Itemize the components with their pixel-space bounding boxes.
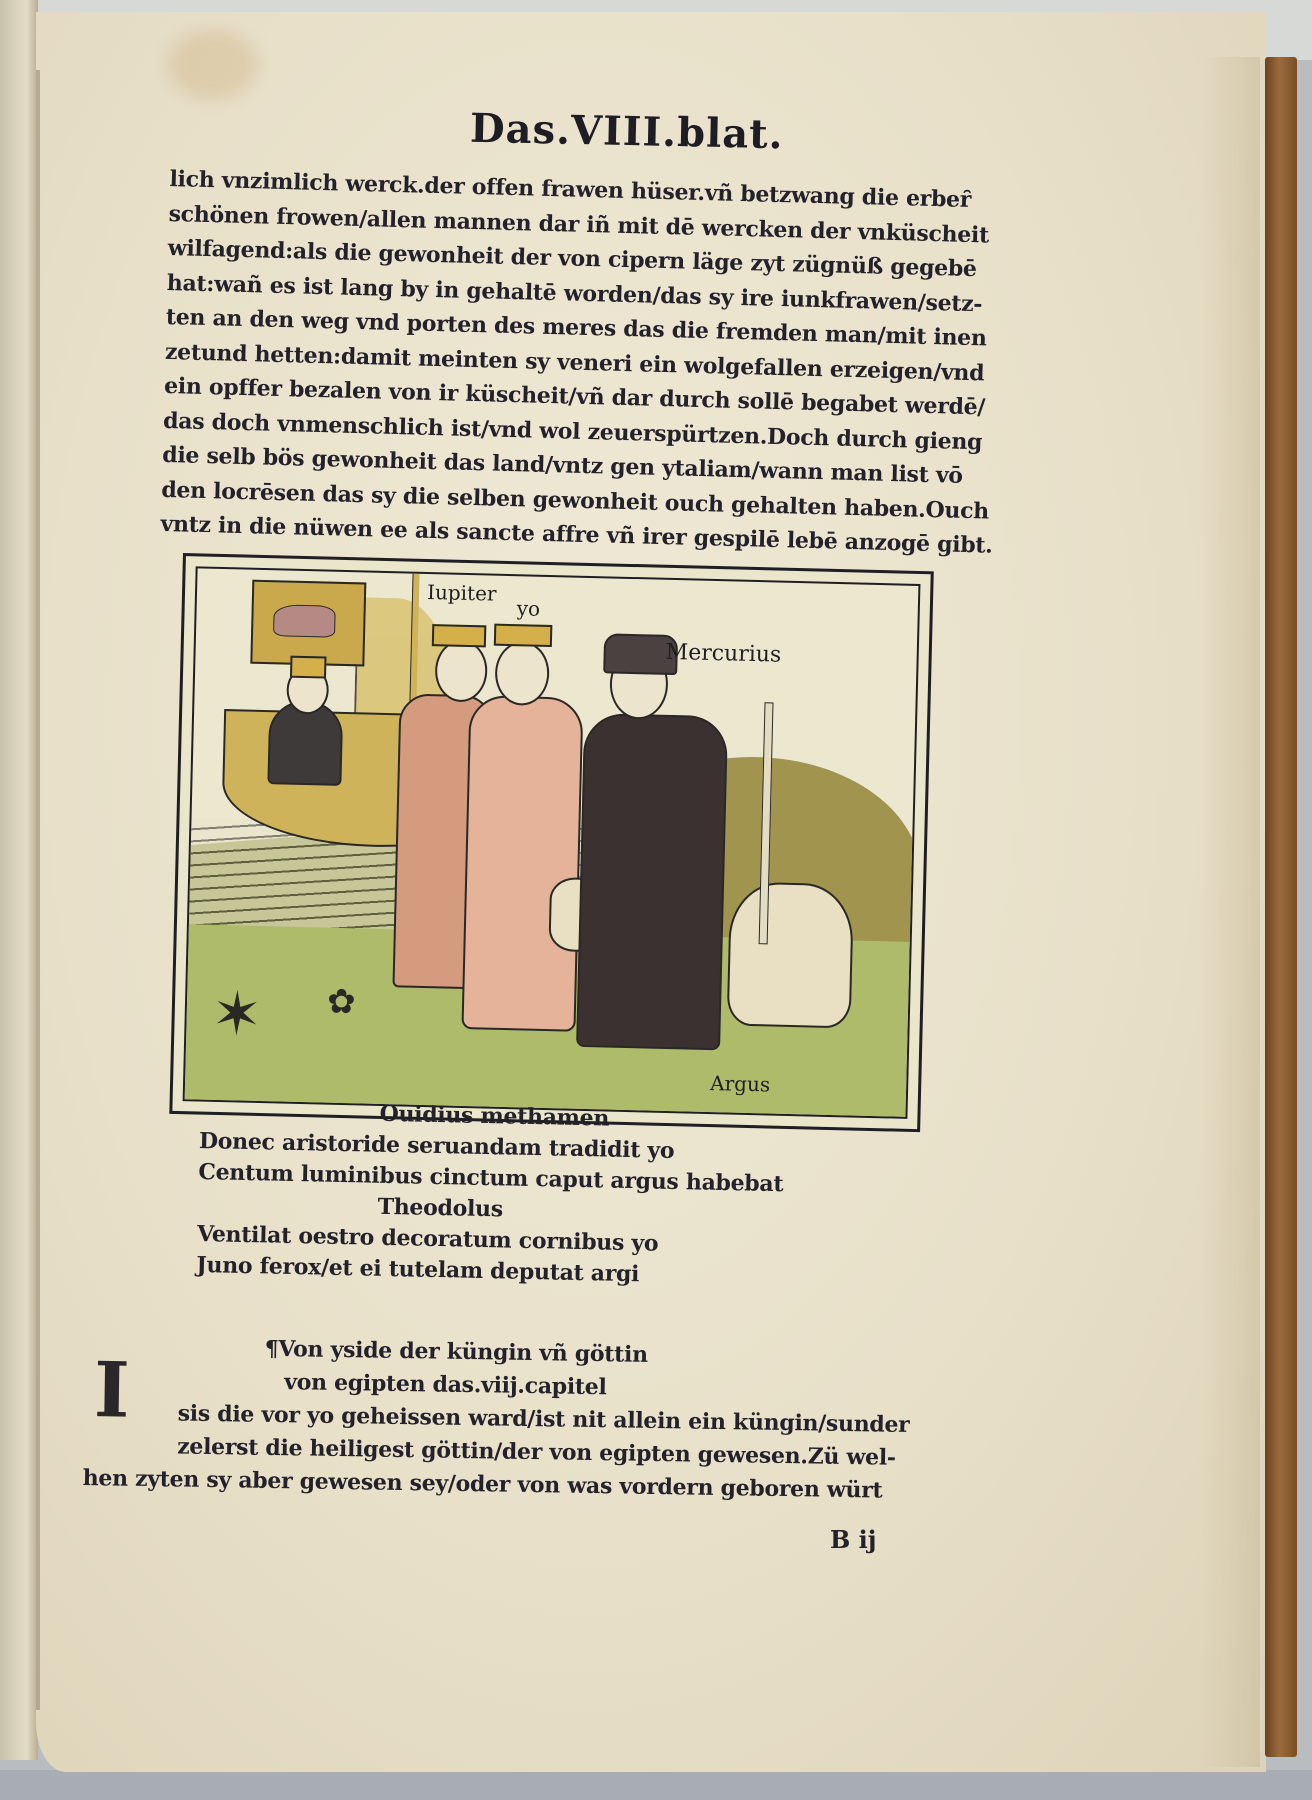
flower-icon: ✶: [211, 979, 263, 1050]
argus-figure: [727, 881, 854, 1028]
crown-icon: [290, 656, 327, 679]
left-page-edge: [0, 0, 38, 1760]
io-figure: [461, 695, 583, 1032]
label-jupiter: Iupiter: [427, 580, 497, 606]
crown-icon: [432, 624, 487, 647]
bull-icon: [273, 604, 336, 638]
woodcut-illustration: ✶ ✿ Iupiter yo Mercurius Argus: [169, 553, 933, 1132]
paper-stain: [168, 30, 258, 100]
label-mercurius: Mercurius: [665, 640, 781, 668]
main-text-block: lich vnzimlich werck.der offen frawen hü…: [160, 162, 1020, 564]
verse-block: Ouidius methamen Donec aristoride seruan…: [196, 1095, 960, 1297]
bull-banner: [250, 580, 366, 667]
signature-mark: B ij: [830, 1525, 876, 1554]
page-fore-edge: [1200, 57, 1260, 1767]
chapter-block: ¶Von yside der küngin vñ göttin von egip…: [82, 1330, 964, 1509]
jupiter-head: [434, 639, 487, 702]
page-gutter: [36, 70, 40, 1710]
woodcut-frame: ✶ ✿ Iupiter yo Mercurius Argus: [183, 566, 921, 1119]
drop-cap: I: [93, 1350, 150, 1431]
book-cover-edge: [1265, 57, 1297, 1757]
label-argus: Argus: [710, 1071, 771, 1096]
folio-header: Das.VIII.blat.: [470, 105, 785, 159]
backdrop-bottom: [0, 1770, 1312, 1800]
mercurius-figure: [576, 713, 728, 1050]
crown-icon: [494, 624, 553, 647]
flower-icon: ✿: [327, 982, 356, 1023]
label-yo: yo: [516, 596, 540, 621]
